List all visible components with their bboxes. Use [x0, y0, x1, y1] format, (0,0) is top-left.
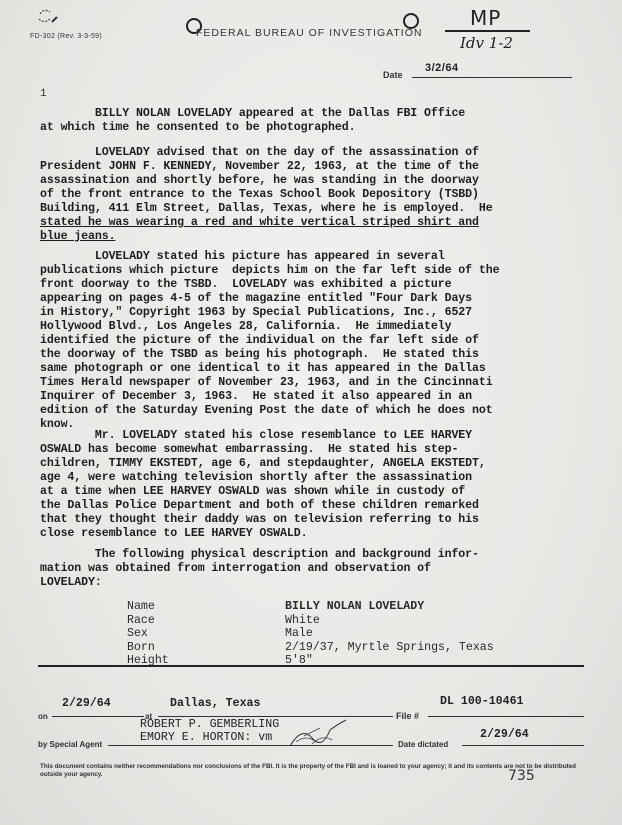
text-line: that they thought their daddy was on tel…: [40, 513, 580, 527]
text-line: LOVELADY advised that on the day of the …: [40, 146, 580, 160]
paragraph-4: Mr. LOVELADY stated his close resemblanc…: [40, 429, 580, 541]
thumbprint-mark-icon: [36, 8, 58, 28]
description-value: 2/19/37, Myrtle Springs, Texas: [285, 641, 494, 655]
text-line: Building, 411 Elm Street, Dallas, Texas,…: [40, 202, 580, 216]
file-number: DL 100-10461: [440, 695, 524, 708]
description-row: Born2/19/37, Myrtle Springs, Texas: [127, 641, 494, 655]
paragraph-1: BILLY NOLAN LOVELADY appeared at the Dal…: [40, 107, 580, 135]
text-line: LOVELADY stated his picture has appeared…: [40, 250, 580, 264]
paragraph-2: LOVELADY advised that on the day of the …: [40, 146, 580, 244]
date-dictated-rule: [462, 745, 584, 746]
text-line: the doorway of the TSBD as being his pho…: [40, 348, 580, 362]
text-line: front doorway to the TSBD. LOVELADY was …: [40, 278, 580, 292]
handwritten-rule: [445, 30, 530, 32]
text-line: same photograph or one identical to it h…: [40, 362, 580, 376]
text-line: Times Herald newspaper of November 23, 1…: [40, 376, 580, 390]
text-line: identified the picture of the individual…: [40, 334, 580, 348]
at-rule: [158, 716, 393, 717]
paragraph-5: The following physical description and b…: [40, 548, 580, 590]
description-value: BILLY NOLAN LOVELADY: [285, 600, 424, 614]
date-dictated-label: Date dictated: [398, 740, 448, 749]
text-line: at a time when LEE HARVEY OSWALD was sho…: [40, 485, 580, 499]
handwritten-mark-top: MP: [470, 6, 501, 30]
description-label: Race: [127, 614, 285, 628]
text-line: OSWALD has become somewhat embarrassing.…: [40, 443, 580, 457]
text-line: publications which picture depicts him o…: [40, 264, 580, 278]
paragraph-3: LOVELADY stated his picture has appeared…: [40, 250, 580, 432]
description-row: RaceWhite: [127, 614, 494, 628]
page-number: 1: [40, 88, 47, 100]
file-rule: [428, 716, 584, 717]
description-value: Male: [285, 627, 313, 641]
agent-label: by Special Agent: [38, 740, 102, 749]
date-rule: [412, 77, 572, 78]
underlined-line: stated he was wearing a red and white ve…: [40, 216, 580, 230]
form-id: FD-302 (Rev. 3-3-59): [30, 33, 102, 40]
text-line: BILLY NOLAN LOVELADY appeared at the Dal…: [40, 107, 580, 121]
date-dictated-value: 2/29/64: [480, 728, 529, 741]
date-value: 3/2/64: [425, 62, 459, 74]
description-row: NameBILLY NOLAN LOVELADY: [127, 600, 494, 614]
text-line: edition of the Saturday Evening Post the…: [40, 404, 580, 418]
on-value: 2/29/64: [62, 697, 111, 710]
underlined-line: blue jeans.: [40, 230, 580, 244]
text-line: Mr. LOVELADY stated his close resemblanc…: [40, 429, 580, 443]
text-line: age 4, were watching television shortly …: [40, 471, 580, 485]
text-line: assassination and shortly before, he was…: [40, 174, 580, 188]
handwritten-mark-bottom: Idv 1-2: [460, 34, 513, 52]
text-line: The following physical description and b…: [40, 548, 580, 562]
handwritten-page-number: 735: [508, 768, 535, 784]
physical-description: NameBILLY NOLAN LOVELADY RaceWhite SexMa…: [127, 600, 494, 668]
file-label: File #: [396, 711, 419, 721]
text-line: at which time he consented to be photogr…: [40, 121, 580, 135]
text-line: Hollywood Blvd., Los Angeles 28, Califor…: [40, 320, 580, 334]
text-line: President JOHN F. KENNEDY, November 22, …: [40, 160, 580, 174]
text-line: LOVELADY:: [40, 576, 580, 590]
description-row: SexMale: [127, 627, 494, 641]
text-line: close resemblance to LEE HARVEY OSWALD.: [40, 527, 580, 541]
on-rule: [52, 716, 144, 717]
document-page: FD-302 (Rev. 3-3-59) FEDERAL BUREAU OF I…: [0, 0, 622, 825]
description-label: Born: [127, 641, 285, 655]
description-label: Sex: [127, 627, 285, 641]
date-label: Date: [383, 70, 403, 80]
description-value: White: [285, 614, 320, 628]
text-line: mation was obtained from interrogation a…: [40, 562, 580, 576]
text-line: appearing on pages 4-5 of the magazine e…: [40, 292, 580, 306]
signature-scribble-icon: [282, 716, 352, 750]
text-line: the Dallas Police Department and both of…: [40, 499, 580, 513]
disclaimer: This document contains neither recommend…: [40, 763, 585, 779]
text-line: of the front entrance to the Texas Schoo…: [40, 188, 580, 202]
section-divider: [38, 665, 584, 667]
on-label: on: [38, 712, 48, 721]
text-line: Inquirer of December 3, 1963. He stated …: [40, 390, 580, 404]
text-line: children, TIMMY EKSTEDT, age 6, and step…: [40, 457, 580, 471]
agency-title: FEDERAL BUREAU OF INVESTIGATION: [196, 27, 422, 39]
text-line: in History," Copyright 1963 by Special P…: [40, 306, 580, 320]
description-label: Name: [127, 600, 285, 614]
agent-name-1: ROBERT P. GEMBERLING: [140, 718, 279, 731]
at-value: Dallas, Texas: [170, 697, 260, 710]
agent-name-2: EMORY E. HORTON: vm: [140, 731, 272, 744]
